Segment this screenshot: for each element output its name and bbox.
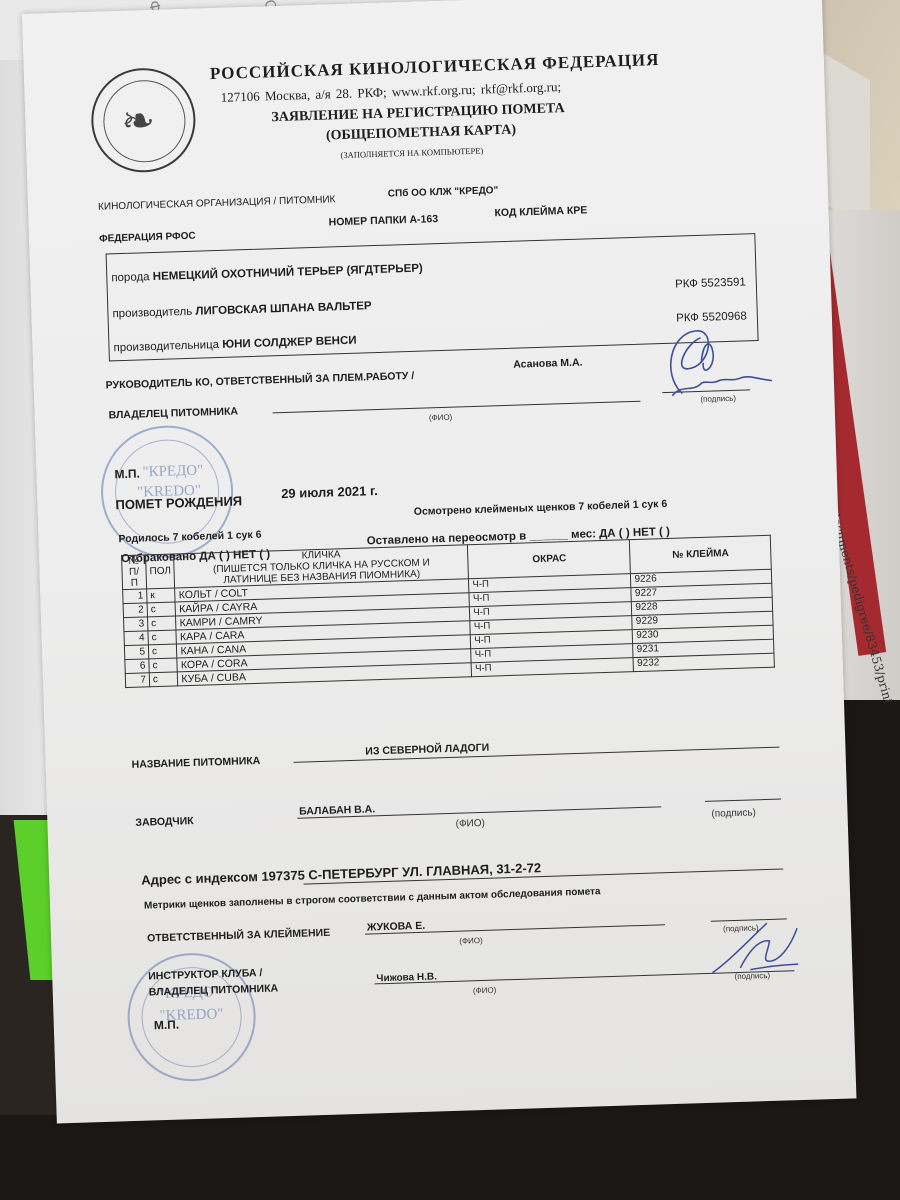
kennel-label: НАЗВАНИЕ ПИТОМНИКА xyxy=(131,755,260,771)
col-num: № П/П xyxy=(122,555,147,590)
row-number: 7 xyxy=(125,673,149,688)
organization-value: СПб ОО КЛЖ "КРЕДО" xyxy=(388,185,499,199)
head-label: РУКОВОДИТЕЛЬ КО, ОТВЕТСТВЕННЫЙ ЗА ПЛЕМ.Р… xyxy=(106,370,415,392)
folder-number: НОМЕР ПАПКИ А-163 xyxy=(329,213,439,228)
breeder-signature-line xyxy=(705,799,781,802)
address-label: Адрес с индексом xyxy=(141,869,258,888)
owner-label: ВЛАДЕЛЕЦ ПИТОМНИКА xyxy=(108,405,238,421)
instructor-label-1: ИНСТРУКТОР КЛУБА / xyxy=(148,967,262,983)
signature-icon xyxy=(709,918,801,977)
row-number: 5 xyxy=(124,645,148,660)
row-number: 4 xyxy=(124,631,148,646)
row-number: 3 xyxy=(124,617,148,632)
signature-icon xyxy=(640,320,782,404)
mp-label: М.П. xyxy=(114,467,140,482)
brand-code: КОД КЛЕЙМА КРЕ xyxy=(494,204,587,219)
row-sex: с xyxy=(148,644,177,659)
bg-fragment: еля: xyxy=(340,0,364,3)
head-name: Асанова М.А. xyxy=(513,357,583,371)
dam-value: ЮНИ СОЛДЖЕР ВЕНСИ xyxy=(222,335,357,351)
organization-label: КИНОЛОГИЧЕСКАЯ ОРГАНИЗАЦИЯ / ПИТОМНИК xyxy=(98,194,336,212)
dam-label: производительница xyxy=(113,339,219,354)
puppies-table: № П/П ПОЛ КЛИЧКА (ПИШЕТСЯ ТОЛЬКО КЛИЧКА … xyxy=(121,535,775,688)
col-color: ОКРАС xyxy=(468,540,631,579)
address-row: Адрес с индексом 197375 С-ПЕТЕРБУРГ УЛ. … xyxy=(141,860,541,888)
kennel-value: ИЗ СЕВЕРНОЙ ЛАДОГИ xyxy=(365,742,489,758)
dam-row: производительница ЮНИ СОЛДЖЕР ВЕНСИ xyxy=(113,335,356,355)
form-note: (ЗАПОЛНЯЕТСЯ НА КОМПЬЮТЕРЕ) xyxy=(340,146,483,160)
sire-row: производитель ЛИГОВСКАЯ ШПАНА ВАЛЬТЕР xyxy=(112,300,372,320)
row-sex: с xyxy=(149,672,178,687)
breed-value: НЕМЕЦКИЙ ОХОТНИЧИЙ ТЕРЬЕР (ЯГДТЕРЬЕР) xyxy=(153,263,423,283)
metrics-note: Метрики щенков заполнены в строгом соотв… xyxy=(144,886,601,911)
litter-registration-form: ❧ РОССИЙСКАЯ КИНОЛОГИЧЕСКАЯ ФЕДЕРАЦИЯ 12… xyxy=(22,0,856,1123)
federation: ФЕДЕРАЦИЯ РФОС xyxy=(99,231,196,245)
fio-caption: (ФИО) xyxy=(455,818,485,830)
row-number: 1 xyxy=(123,589,147,604)
row-number: 2 xyxy=(123,603,147,618)
rkf-logo-icon: ❧ xyxy=(90,67,197,174)
org-name: РОССИЙСКАЯ КИНОЛОГИЧЕСКАЯ ФЕДЕРАЦИЯ xyxy=(210,50,660,84)
row-sex: с xyxy=(147,616,176,631)
breed-label: порода xyxy=(111,271,150,284)
col-mark: № КЛЕЙМА xyxy=(630,535,772,573)
fio-caption: (ФИО) xyxy=(429,413,453,423)
row-number: 6 xyxy=(125,659,149,674)
sire-value: ЛИГОВСКАЯ ШПАНА ВАЛЬТЕР xyxy=(195,300,372,318)
breed-row: порода НЕМЕЦКИЙ ОХОТНИЧИЙ ТЕРЬЕР (ЯГДТЕР… xyxy=(111,263,423,285)
signature-caption: (подпись) xyxy=(711,807,756,819)
litter-birth-date: 29 июля 2021 г. xyxy=(281,483,378,501)
mp-label: М.П. xyxy=(154,1018,180,1033)
breeder-label: ЗАВОДЧИК xyxy=(135,815,194,829)
fio-caption: (ФИО) xyxy=(459,936,483,946)
inspected-count: Осмотрено клейменых щенков 7 кобелей 1 с… xyxy=(414,498,668,518)
form-subtitle: (ОБЩЕПОМЕТНАЯ КАРТА) xyxy=(326,123,517,145)
form-title: ЗАЯВЛЕНИЕ НА РЕГИСТРАЦИЮ ПОМЕТА xyxy=(271,101,565,126)
row-mark: 9232 xyxy=(633,653,774,671)
row-sex: с xyxy=(148,630,177,645)
row-sex: к xyxy=(147,588,176,603)
col-sex: ПОЛ xyxy=(146,554,175,589)
branding-label: ОТВЕТСТВЕННЫЙ ЗА КЛЕЙМЕНИЕ xyxy=(147,927,330,945)
sire-label: производитель xyxy=(112,306,192,321)
fio-caption: (ФИО) xyxy=(473,986,497,996)
stamp-text: "КРЕДО" xyxy=(142,463,203,482)
row-sex: с xyxy=(147,602,176,617)
head-fio-line xyxy=(273,401,641,414)
bg-fragment: е кл xyxy=(366,0,390,1)
row-sex: с xyxy=(149,658,178,673)
sire-rkf-number: РКФ 5523591 xyxy=(675,276,746,290)
